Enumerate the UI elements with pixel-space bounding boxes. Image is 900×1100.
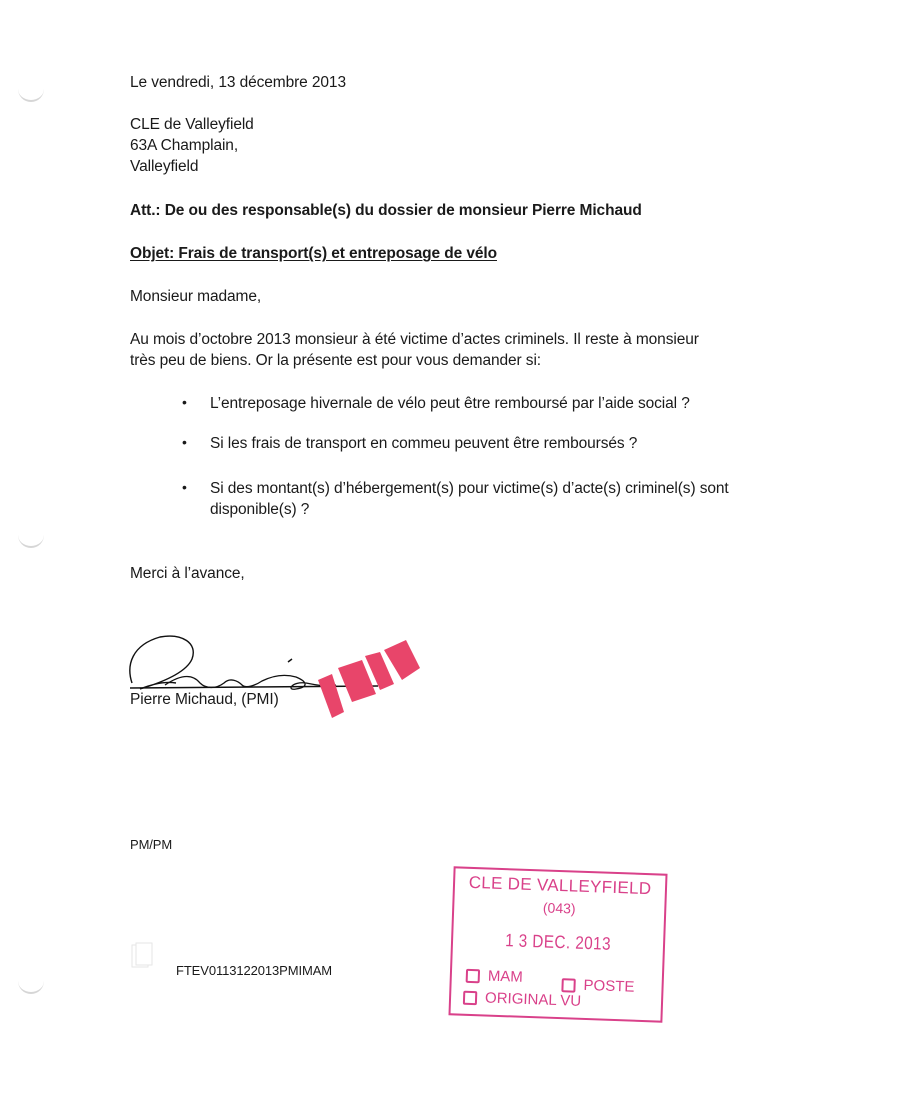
received-date-stamp: CLE DE VALLEYFIELD (043) 1 3 DEC. 2013 M… bbox=[448, 866, 667, 1022]
checkbox-icon bbox=[466, 968, 480, 982]
signatory-name: Pierre Michaud, (PMI) bbox=[130, 689, 279, 710]
bullet-item: Si des montant(s) d’hébergement(s) pour … bbox=[210, 478, 729, 499]
letter-date: Le vendredi, 13 décembre 2013 bbox=[130, 72, 346, 93]
hole-punch-mark bbox=[18, 978, 44, 994]
document-copy-icon bbox=[131, 942, 155, 970]
closing: Merci à l’avance, bbox=[130, 563, 245, 584]
recipient-street: 63A Champlain, bbox=[130, 135, 238, 156]
recipient-name: CLE de Valleyfield bbox=[130, 114, 254, 135]
red-ink-stamp-mark bbox=[310, 632, 430, 722]
bullet-icon: • bbox=[182, 479, 187, 495]
stamp-date: 1 3 DEC. 2013 bbox=[469, 929, 648, 956]
initials: PM/PM bbox=[130, 834, 172, 855]
bullet-item-continuation: disponible(s) ? bbox=[210, 499, 309, 520]
reference-code: FTEV0113122013PMIMAM bbox=[176, 960, 332, 981]
attention-line: Att.: De ou des responsable(s) du dossie… bbox=[130, 200, 642, 221]
body-paragraph-line: très peu de biens. Or la présente est po… bbox=[130, 350, 541, 371]
salutation: Monsieur madame, bbox=[130, 286, 261, 307]
stamp-office: CLE DE VALLEYFIELD bbox=[455, 872, 666, 899]
bullet-icon: • bbox=[182, 394, 187, 410]
scanned-letter-page: Le vendredi, 13 décembre 2013 CLE de Val… bbox=[0, 0, 900, 1100]
subject-line: Objet: Frais de transport(s) et entrepos… bbox=[130, 243, 497, 264]
stamp-option-original-vu: ORIGINAL VU bbox=[463, 989, 582, 1010]
checkbox-icon bbox=[463, 990, 477, 1004]
stamp-option-mam: MAM bbox=[466, 967, 524, 986]
hole-punch-mark bbox=[18, 532, 44, 548]
body-paragraph-line: Au mois d’octobre 2013 monsieur à été vi… bbox=[130, 329, 699, 350]
bullet-item: L’entreposage hivernale de vélo peut êtr… bbox=[210, 393, 690, 414]
bullet-item: Si les frais de transport en commeu peuv… bbox=[210, 433, 637, 454]
hole-punch-mark bbox=[18, 86, 44, 102]
stamp-code: (043) bbox=[454, 896, 664, 919]
recipient-city: Valleyfield bbox=[130, 156, 198, 177]
checkbox-icon bbox=[561, 978, 575, 992]
bullet-icon: • bbox=[182, 434, 187, 450]
